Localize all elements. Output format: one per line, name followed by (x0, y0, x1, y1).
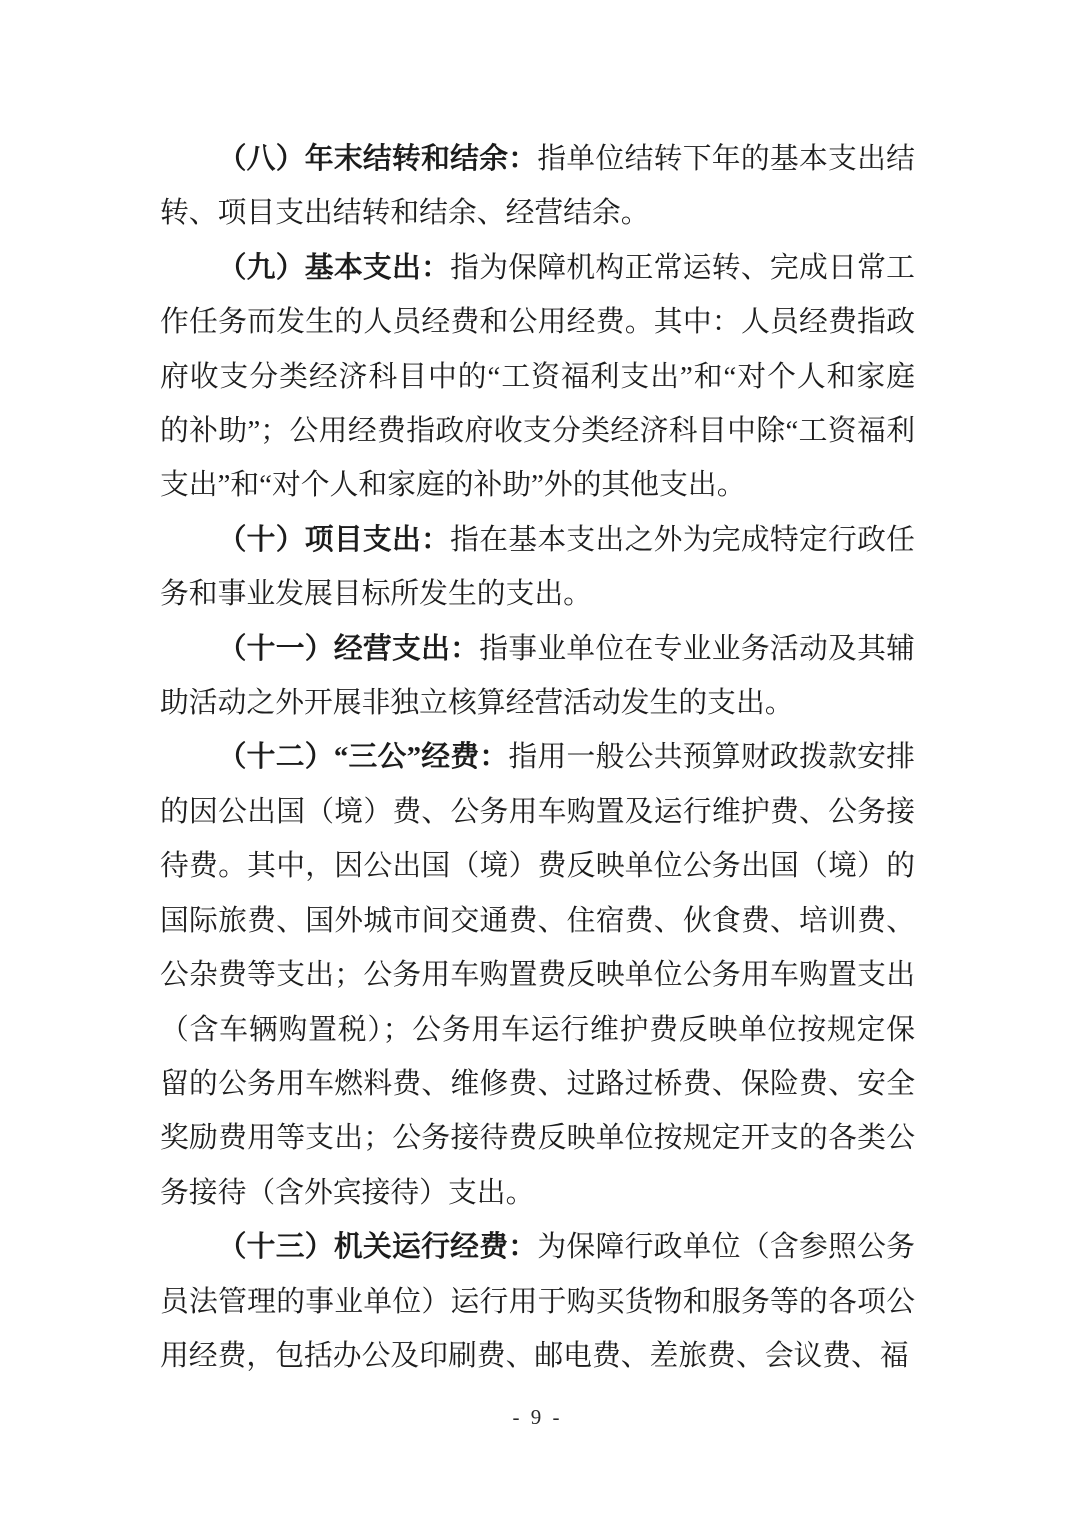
paragraph-10-heading: （十）项目支出： (218, 524, 451, 556)
paragraph-item-9: （九）基本支出：指为保障机构正常运转、完成日常工作任务而发生的人员经费和公用经费… (160, 241, 915, 513)
paragraph-item-12: （十二）“三公”经费：指用一般公共预算财政拨款安排的因公出国（境）费、公务用车购… (160, 730, 915, 1220)
paragraph-11-heading: （十一）经营支出： (218, 633, 480, 665)
paragraph-item-8: （八）年末结转和结余：指单位结转下年的基本支出结转、项目支出结转和结余、经营结余… (160, 132, 915, 241)
paragraph-item-11: （十一）经营支出：指事业单位在专业业务活动及其辅助活动之外开展非独立核算经营活动… (160, 622, 915, 731)
paragraph-item-10: （十）项目支出：指在基本支出之外为完成特定行政任务和事业发展目标所发生的支出。 (160, 513, 915, 622)
document-body: （八）年末结转和结余：指单位结转下年的基本支出结转、项目支出结转和结余、经营结余… (160, 132, 915, 1383)
paragraph-item-13: （十三）机关运行经费：为保障行政单位（含参照公务员法管理的事业单位）运行用于购买… (160, 1220, 915, 1383)
paragraph-12-heading: （十二）“三公”经费： (218, 741, 509, 773)
paragraph-9-text: 指为保障机构正常运转、完成日常工作任务而发生的人员经费和公用经费。其中：人员经费… (160, 252, 915, 502)
page-number: - 9 - (0, 1402, 1075, 1432)
paragraph-13-heading: （十三）机关运行经费： (218, 1231, 538, 1263)
paragraph-9-heading: （九）基本支出： (218, 252, 451, 284)
paragraph-12-text: 指用一般公共预算财政拨款安排的因公出国（境）费、公务用车购置及运行维护费、公务接… (160, 741, 915, 1208)
document-page: （八）年末结转和结余：指单位结转下年的基本支出结转、项目支出结转和结余、经营结余… (0, 0, 1075, 1520)
paragraph-8-heading: （八）年末结转和结余： (218, 143, 538, 175)
